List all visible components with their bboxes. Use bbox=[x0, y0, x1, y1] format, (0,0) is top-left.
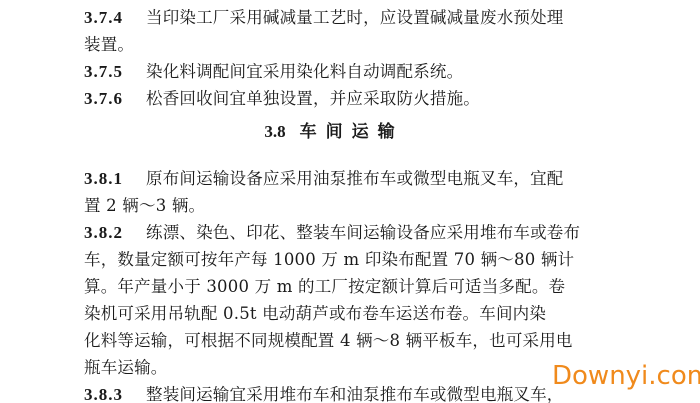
clause-3-8-2-line-3: 算。年产量小于 3000 万 m 的工厂按定额计算后可适当多配。卷 bbox=[84, 273, 565, 300]
watermark-logo: Downyi.com bbox=[552, 361, 700, 391]
clause-text: 染化料调配间宜采用染化料自动调配系统。 bbox=[146, 62, 463, 81]
clause-text: 练漂、染色、印花、整装车间运输设备应采用堆布车或卷布 bbox=[146, 223, 580, 242]
clause-3-8-3-line-1: 3.8.3整装间运输宜采用堆布车和油泵推布车或微型电瓶叉车， bbox=[84, 381, 564, 403]
clause-3-8-2-line-1: 3.8.2练漂、染色、印花、整装车间运输设备应采用堆布车或卷布 bbox=[84, 219, 580, 246]
clause-3-8-1-line-2: 置 2 辆～3 辆。 bbox=[84, 192, 205, 219]
section-number: 3.8 bbox=[264, 122, 285, 141]
clause-3-7-4-line-1: 3.7.4当印染工厂采用碱减量工艺时，应设置碱减量废水预处理 bbox=[84, 4, 564, 31]
clause-3-8-2-line-6: 瓶车运输。 bbox=[84, 354, 168, 381]
clause-number: 3.7.4 bbox=[84, 4, 146, 31]
clause-3-8-1-line-1: 3.8.1原布间运输设备应采用油泵推布车或微型电瓶叉车，宜配 bbox=[84, 165, 564, 192]
clause-3-8-2-line-2: 车，数量定额可按年产每 1000 万 m 印染布配置 70 辆～80 辆计 bbox=[84, 246, 574, 273]
clause-text: 整装间运输宜采用堆布车和油泵推布车或微型电瓶叉车， bbox=[146, 385, 564, 403]
clause-number: 3.7.5 bbox=[84, 58, 146, 85]
section-heading: 3.8车间运输 bbox=[84, 118, 584, 146]
clause-text: 原布间运输设备应采用油泵推布车或微型电瓶叉车，宜配 bbox=[146, 169, 564, 188]
clause-3-7-5: 3.7.5染化料调配间宜采用染化料自动调配系统。 bbox=[84, 58, 463, 85]
clause-text: 松香回收间宜单独设置，并应采取防火措施。 bbox=[146, 89, 480, 108]
clause-number: 3.8.3 bbox=[84, 381, 146, 403]
clause-text: 当印染工厂采用碱减量工艺时，应设置碱减量废水预处理 bbox=[146, 8, 564, 27]
section-title: 车间运输 bbox=[300, 122, 404, 142]
clause-number: 3.8.2 bbox=[84, 219, 146, 246]
clause-3-8-2-line-5: 化料等运输，可根据不同规模配置 4 辆～8 辆平板车，也可采用电 bbox=[84, 327, 573, 354]
clause-3-8-2-line-4: 染机可采用吊轨配 0.5t 电动葫芦或布卷车运送布卷。车间内染 bbox=[84, 300, 546, 327]
clause-3-7-4-line-2: 装置。 bbox=[84, 31, 134, 58]
clause-3-7-6: 3.7.6松香回收间宜单独设置，并应采取防火措施。 bbox=[84, 85, 480, 112]
clause-number: 3.8.1 bbox=[84, 165, 146, 192]
clause-number: 3.7.6 bbox=[84, 85, 146, 112]
